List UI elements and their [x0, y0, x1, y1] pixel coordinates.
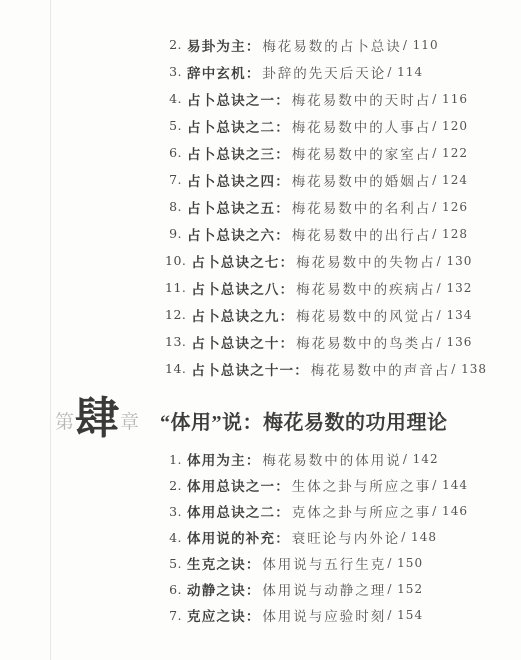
toc-item: 9.占卜总诀之六：梅花易数中的出行占 / 128	[165, 220, 487, 247]
item-description: 梅花易数中的天时占	[292, 89, 432, 109]
toc-item: 14.占卜总诀之十一：梅花易数中的声音占 / 138	[165, 355, 487, 382]
colon-separator: ：	[294, 359, 308, 379]
item-label: 体用为主	[187, 449, 246, 469]
toc-item: 6.占卜总诀之三：梅花易数中的家室占 / 122	[165, 139, 487, 166]
item-description: 卦辞的先天后天论	[262, 62, 386, 82]
item-label: 占卜总诀之八	[191, 278, 279, 298]
item-label: 动静之诀	[187, 579, 246, 599]
item-page-number: / 110	[403, 38, 439, 52]
item-label: 占卜总诀之二	[187, 116, 275, 136]
chapter3-toc-list: 2.易卦为主：梅花易数的占卜总诀 / 1103.辞中玄机：卦辞的先天后天论 / …	[165, 31, 487, 382]
item-description: 梅花易数的占卜总诀	[262, 35, 402, 55]
item-label: 占卜总诀之十	[191, 332, 279, 352]
item-description: 梅花易数中的体用说	[262, 449, 402, 469]
toc-item: 3.辞中玄机：卦辞的先天后天论 / 114	[165, 58, 487, 85]
colon-separator: ：	[275, 501, 289, 521]
item-page-number: / 146	[432, 504, 468, 518]
item-number: 7.	[165, 608, 182, 623]
item-number: 9.	[165, 226, 182, 241]
item-number: 5.	[165, 556, 182, 571]
item-description: 梅花易数中的家室占	[292, 143, 432, 163]
colon-separator: ：	[280, 251, 294, 271]
item-label: 体用总诀之二	[187, 501, 275, 521]
toc-item: 10.占卜总诀之七：梅花易数中的失物占 / 130	[165, 247, 487, 274]
item-description: 生体之卦与所应之事	[292, 475, 432, 495]
item-page-number: / 142	[403, 452, 439, 466]
item-number: 3.	[165, 64, 182, 79]
item-page-number: / 130	[437, 254, 473, 268]
item-label: 辞中玄机	[187, 62, 246, 82]
item-number: 4.	[165, 91, 182, 106]
item-label: 克应之诀	[187, 605, 246, 625]
item-description: 体用说与动静之理	[262, 579, 386, 599]
chapter-number-char: 肆	[75, 397, 119, 441]
item-number: 13.	[165, 334, 186, 349]
page-fold-line	[50, 0, 51, 660]
item-label: 占卜总诀之九	[191, 305, 279, 325]
item-label: 占卜总诀之三	[187, 143, 275, 163]
item-number: 5.	[165, 118, 182, 133]
item-description: 梅花易数中的疾病占	[296, 278, 436, 298]
colon-separator: ：	[275, 143, 289, 163]
toc-item: 3.体用总诀之二：克体之卦与所应之事 / 146	[165, 498, 468, 524]
toc-item: 8.占卜总诀之五：梅花易数中的名利占 / 126	[165, 193, 487, 220]
item-label: 占卜总诀之十一	[191, 359, 294, 379]
chapter-suffix-char: 章	[120, 407, 139, 434]
chapter-prefix-char: 第	[55, 407, 74, 434]
item-page-number: / 124	[432, 173, 468, 187]
colon-separator: ：	[280, 278, 294, 298]
item-page-number: / 136	[437, 335, 473, 349]
colon-separator: ：	[275, 527, 289, 547]
item-label: 占卜总诀之七	[191, 251, 279, 271]
chapter4-toc-list: 1.体用为主：梅花易数中的体用说 / 1422.体用总诀之一：生体之卦与所应之事…	[165, 446, 468, 628]
item-description: 梅花易数中的鸟类占	[296, 332, 436, 352]
item-label: 生克之诀	[187, 553, 246, 573]
colon-separator: ：	[246, 449, 260, 469]
item-number: 1.	[165, 452, 182, 467]
chapter4-heading: 第 肆 章 “体用”说：梅花易数的功用理论	[55, 394, 448, 446]
colon-separator: ：	[246, 35, 260, 55]
toc-item: 4.占卜总诀之一：梅花易数中的天时占 / 116	[165, 85, 487, 112]
toc-item: 2.易卦为主：梅花易数的占卜总诀 / 110	[165, 31, 487, 58]
colon-separator: ：	[275, 224, 289, 244]
colon-separator: ：	[275, 170, 289, 190]
toc-item: 12.占卜总诀之九：梅花易数中的风觉占 / 134	[165, 301, 487, 328]
item-number: 2.	[165, 478, 182, 493]
toc-item: 5.占卜总诀之二：梅花易数中的人事占 / 120	[165, 112, 487, 139]
item-page-number: / 122	[432, 146, 468, 160]
item-description: 梅花易数中的名利占	[292, 197, 432, 217]
item-description: 梅花易数中的出行占	[292, 224, 432, 244]
item-label: 易卦为主	[187, 35, 246, 55]
item-label: 占卜总诀之五	[187, 197, 275, 217]
item-number: 8.	[165, 199, 182, 214]
item-description: 梅花易数中的人事占	[292, 116, 432, 136]
item-number: 6.	[165, 582, 182, 597]
toc-item: 13.占卜总诀之十：梅花易数中的鸟类占 / 136	[165, 328, 487, 355]
item-page-number: / 132	[437, 281, 473, 295]
item-number: 6.	[165, 145, 182, 160]
item-page-number: / 120	[432, 119, 468, 133]
colon-separator: ：	[246, 579, 260, 599]
item-page-number: / 150	[387, 556, 423, 570]
item-description: 体用说与应验时刻	[262, 605, 386, 625]
item-description: 克体之卦与所应之事	[292, 501, 432, 521]
colon-separator: ：	[246, 553, 260, 573]
item-number: 3.	[165, 504, 182, 519]
toc-item: 5.生克之诀：体用说与五行生克 / 150	[165, 550, 468, 576]
toc-item: 2.体用总诀之一：生体之卦与所应之事 / 144	[165, 472, 468, 498]
item-number: 7.	[165, 172, 182, 187]
item-description: 体用说与五行生克	[262, 553, 386, 573]
colon-separator: ：	[280, 305, 294, 325]
item-label: 体用说的补充	[187, 527, 275, 547]
toc-item: 6.动静之诀：体用说与动静之理 / 152	[165, 576, 468, 602]
item-page-number: / 116	[432, 92, 468, 106]
toc-item: 11.占卜总诀之八：梅花易数中的疾病占 / 132	[165, 274, 487, 301]
item-number: 12.	[165, 307, 186, 322]
colon-separator: ：	[246, 605, 260, 625]
item-number: 4.	[165, 530, 182, 545]
item-page-number: / 148	[401, 530, 437, 544]
item-page-number: / 134	[437, 308, 473, 322]
item-number: 10.	[165, 253, 186, 268]
item-label: 体用总诀之一	[187, 475, 275, 495]
toc-item: 7.克应之诀：体用说与应验时刻 / 154	[165, 602, 468, 628]
item-page-number: / 128	[432, 227, 468, 241]
item-description: 衰旺论与内外论	[292, 527, 401, 547]
chapter-title: “体用”说：梅花易数的功用理论	[160, 406, 448, 435]
item-description: 梅花易数中的婚姻占	[292, 170, 432, 190]
colon-separator: ：	[246, 62, 260, 82]
item-page-number: / 144	[432, 478, 468, 492]
item-description: 梅花易数中的风觉占	[296, 305, 436, 325]
item-label: 占卜总诀之六	[187, 224, 275, 244]
colon-separator: ：	[275, 116, 289, 136]
item-description: 梅花易数中的声音占	[311, 359, 451, 379]
item-number: 11.	[165, 280, 186, 295]
colon-separator: ：	[275, 475, 289, 495]
item-number: 14.	[165, 361, 186, 376]
colon-separator: ：	[280, 332, 294, 352]
item-page-number: / 126	[432, 200, 468, 214]
toc-page: 2.易卦为主：梅花易数的占卜总诀 / 1103.辞中玄机：卦辞的先天后天论 / …	[0, 0, 521, 660]
item-page-number: / 154	[387, 608, 423, 622]
toc-item: 1.体用为主：梅花易数中的体用说 / 142	[165, 446, 468, 472]
item-page-number: / 138	[451, 362, 487, 376]
item-description: 梅花易数中的失物占	[296, 251, 436, 271]
item-page-number: / 152	[387, 582, 423, 596]
item-number: 2.	[165, 37, 182, 52]
item-label: 占卜总诀之四	[187, 170, 275, 190]
colon-separator: ：	[275, 197, 289, 217]
colon-separator: ：	[275, 89, 289, 109]
item-label: 占卜总诀之一	[187, 89, 275, 109]
toc-item: 7.占卜总诀之四：梅花易数中的婚姻占 / 124	[165, 166, 487, 193]
item-page-number: / 114	[387, 65, 423, 79]
scanned-book-page: { "colors": { "background": "#fdfdfc", "…	[0, 0, 521, 660]
toc-item: 4.体用说的补充：衰旺论与内外论 / 148	[165, 524, 468, 550]
